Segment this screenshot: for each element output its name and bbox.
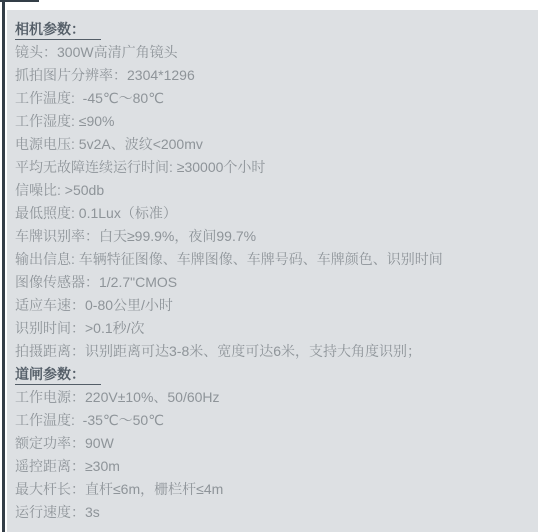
spec-line-run-speed: 运行速度：3s — [15, 501, 528, 524]
spec-line-mtbf: 平均无故障连续运行时间: ≥30000个小时 — [15, 156, 528, 179]
spec-line-work-humidity: 工作湿度: ≤90% — [15, 110, 528, 133]
spec-line-output-info: 输出信息: 车辆特征图像、车牌图像、车牌号码、车牌颜色、识别时间 — [15, 248, 528, 271]
spec-panel: 相机参数： 镜头：300W高清广角镜头 抓拍图片分辨率：2304*1296 工作… — [7, 10, 538, 532]
spec-line-barrier-work-temperature: 工作温度: -35℃～50℃ — [15, 409, 528, 432]
spec-line-plate-recognition-rate: 车牌识别率：白天≥99.9%，夜间99.7% — [15, 225, 528, 248]
spec-line-vehicle-speed: 适应车速：0-80公里/小时 — [15, 294, 528, 317]
section-heading-camera-label: 相机参数： — [15, 19, 101, 40]
spec-line-work-power: 工作电源：220V±10%、50/60Hz — [15, 386, 528, 409]
spec-line-lens: 镜头：300W高清广角镜头 — [15, 41, 528, 64]
spec-line-image-sensor: 图像传感器：1/2.7"CMOS — [15, 271, 528, 294]
spec-line-shooting-distance: 拍摄距离：识别距离可达3-8米、宽度可达6米，支持大角度识别； — [15, 340, 528, 363]
section-heading-barrier: 道闸参数： — [15, 363, 528, 386]
spec-line-resolution: 抓拍图片分辨率：2304*1296 — [15, 64, 528, 87]
spec-line-min-illumination: 最低照度: 0.1Lux（标准） — [15, 202, 528, 225]
spec-line-power-voltage: 电源电压: 5v2A、波纹<200mv — [15, 133, 528, 156]
spec-line-recognition-time: 识别时间：>0.1秒/次 — [15, 317, 528, 340]
table-border-left — [2, 0, 5, 532]
spec-line-work-temperature: 工作温度: -45℃～80℃ — [15, 87, 528, 110]
table-border-top — [0, 0, 39, 2]
spec-line-remote-distance: 遥控距离：≥30m — [15, 455, 528, 478]
spec-line-snr: 信噪比: >50db — [15, 179, 528, 202]
spec-line-max-arm-length: 最大杆长：直杆≤6m，栅栏杆≤4m — [15, 478, 528, 501]
section-heading-barrier-label: 道闸参数： — [15, 364, 101, 385]
section-heading-camera: 相机参数： — [15, 18, 528, 41]
spec-line-rated-power: 额定功率：90W — [15, 432, 528, 455]
